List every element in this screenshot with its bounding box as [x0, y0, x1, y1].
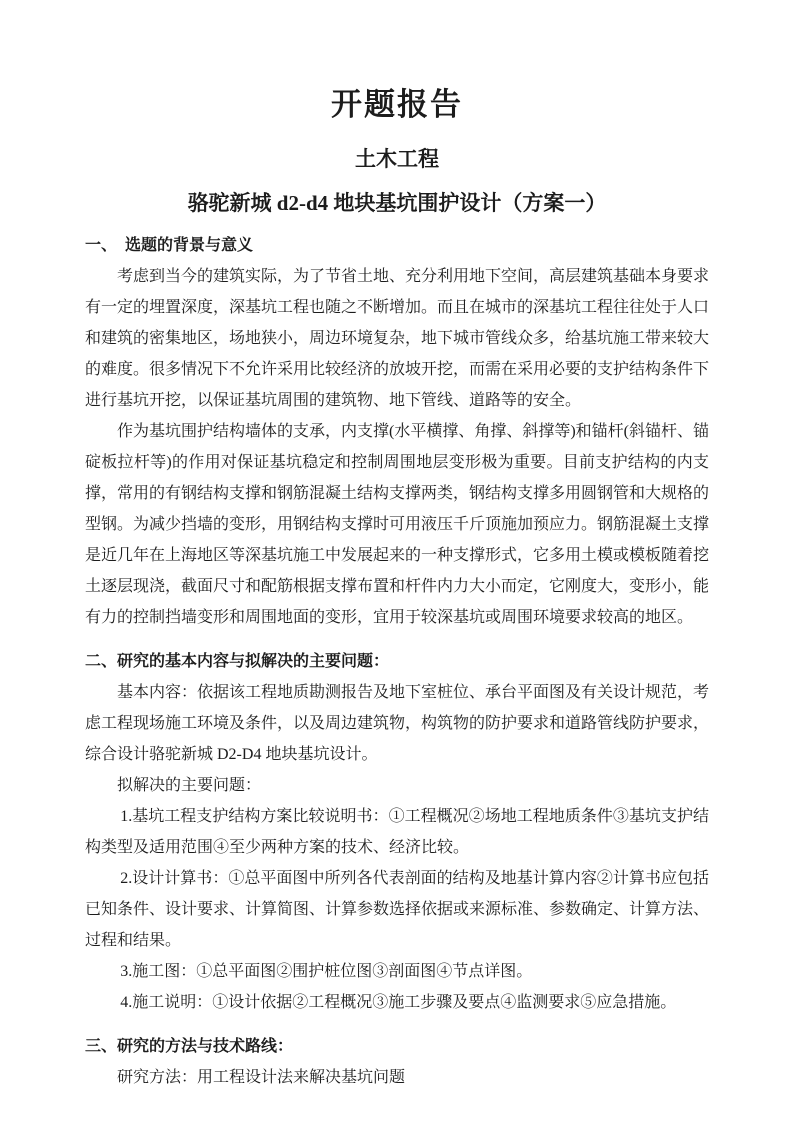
- section-3-heading: 三、研究的方法与技术路线：: [85, 1031, 709, 1062]
- section-3-paragraph: 研究方法：用工程设计法来解决基坑问题: [85, 1062, 709, 1093]
- section-2-list-item-2: 2.设计计算书：①总平面图中所列各代表剖面的结构及地基计算内容②计算书应包括已知…: [85, 863, 709, 956]
- document-page: 开题报告 土木工程 骆驼新城 d2-d4 地块基坑围护设计（方案一） 一、 选题…: [0, 0, 793, 1122]
- section-2-list-item-4: 4.施工说明：①设计依据②工程概况③施工步骤及要点④监测要求⑤应急措施。: [85, 987, 709, 1018]
- section-2-paragraph: 拟解决的主要问题：: [85, 770, 709, 801]
- document-title: 开题报告: [85, 86, 709, 123]
- section-1-paragraph: 作为基坑围护结构墙体的支承，内支撑(水平横撑、角撑、斜撑等)和锚杆(斜锚杆、锚碇…: [85, 416, 709, 633]
- section-1-heading: 一、 选题的背景与意义: [85, 230, 709, 261]
- section-2-paragraph: 基本内容：依据该工程地质勘测报告及地下室桩位、承台平面图及有关设计规范，考虑工程…: [85, 677, 709, 770]
- document-subject: 土木工程: [85, 147, 709, 172]
- document-project-title: 骆驼新城 d2-d4 地块基坑围护设计（方案一）: [85, 191, 709, 216]
- section-2-list-item-3: 3.施工图：①总平面图②围护桩位图③剖面图④节点详图。: [85, 956, 709, 987]
- section-2-list-item-1: 1.基坑工程支护结构方案比较说明书：①工程概况②场地工程地质条件③基坑支护结构类…: [85, 801, 709, 863]
- section-1-paragraph: 考虑到当今的建筑实际，为了节省土地、充分利用地下空间，高层建筑基础本身要求有一定…: [85, 261, 709, 416]
- section-2-heading: 二、研究的基本内容与拟解决的主要问题：: [85, 646, 709, 677]
- document-body: 一、 选题的背景与意义 考虑到当今的建筑实际，为了节省土地、充分利用地下空间，高…: [85, 230, 709, 1093]
